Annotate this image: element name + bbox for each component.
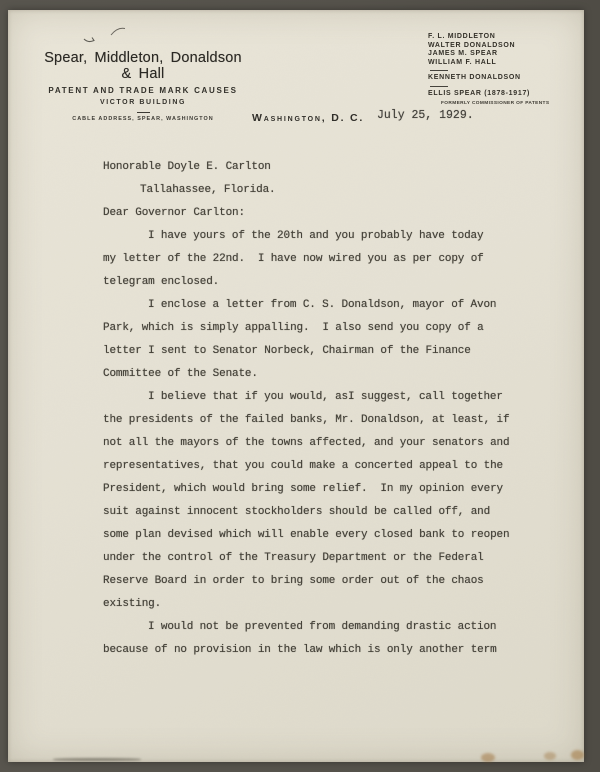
letter-line: letter I sent to Senator Norbeck, Chairm… bbox=[103, 340, 543, 363]
stain bbox=[481, 753, 495, 762]
letter-line: because of no provision in the law which… bbox=[103, 639, 543, 662]
letter-page: Spear, Middleton, Donaldson & Hall PATEN… bbox=[8, 10, 584, 762]
city-line: Washington, D. C. bbox=[252, 112, 364, 124]
letter-line: I believe that if you would, asI suggest… bbox=[103, 386, 543, 409]
stain bbox=[571, 750, 584, 760]
letter-line: Park, which is simply appalling. I also … bbox=[103, 317, 543, 340]
letter-line: Dear Governor Carlton: bbox=[103, 202, 543, 225]
letter-line: the presidents of the failed banks, Mr. … bbox=[103, 409, 543, 432]
letter-line: Committee of the Senate. bbox=[103, 363, 543, 386]
letter-line: I enclose a letter from C. S. Donaldson,… bbox=[103, 294, 543, 317]
letter-line: President, which would bring some relief… bbox=[103, 478, 543, 501]
letter-line: not all the mayors of the towns affected… bbox=[103, 432, 543, 455]
firm-name: Spear, Middleton, Donaldson & Hall bbox=[36, 50, 250, 82]
letter-line: telegram enclosed. bbox=[103, 271, 543, 294]
partner-name: WILLIAM F. HALL bbox=[428, 59, 578, 68]
letter-line: Tallahassee, Florida. bbox=[103, 179, 543, 202]
letter-line: I have yours of the 20th and you probabl… bbox=[103, 225, 543, 248]
divider bbox=[430, 70, 448, 71]
associate-name: KENNETH DONALDSON bbox=[428, 74, 578, 83]
letter-line: Honorable Doyle E. Carlton bbox=[103, 156, 543, 179]
letterhead-right: F. L. MIDDLETONWALTER DONALDSONJAMES M. … bbox=[428, 33, 578, 109]
firm-building: VICTOR BUILDING bbox=[36, 99, 250, 106]
memorial-note: FORMERLY COMMISSIONER OF PATENTS bbox=[441, 100, 523, 105]
letter-body: Honorable Doyle E. CarltonTallahassee, F… bbox=[103, 156, 543, 662]
date-line: July 25, 1929. bbox=[377, 109, 474, 122]
memorial-name: ELLIS SPEAR (1878-1917) bbox=[428, 90, 578, 99]
partner-name: F. L. MIDDLETON bbox=[428, 33, 578, 42]
stain bbox=[53, 758, 141, 761]
letter-line: Reserve Board in order to bring some ord… bbox=[103, 570, 543, 593]
letter-line: my letter of the 22nd. I have now wired … bbox=[103, 248, 543, 271]
letter-line: under the control of the Treasury Depart… bbox=[103, 547, 543, 570]
partner-name: WALTER DONALDSON bbox=[428, 42, 578, 51]
divider bbox=[137, 112, 150, 113]
letter-line: existing. bbox=[103, 593, 543, 616]
letter-line: representatives, that you could make a c… bbox=[103, 455, 543, 478]
divider bbox=[430, 86, 448, 87]
cable-address: CABLE ADDRESS, SPEAR, WASHINGTON bbox=[70, 115, 216, 121]
letter-line: I would not be prevented from demanding … bbox=[103, 616, 543, 639]
letter-line: some plan devised which will enable ever… bbox=[103, 524, 543, 547]
partner-list: F. L. MIDDLETONWALTER DONALDSONJAMES M. … bbox=[428, 33, 578, 67]
stain bbox=[544, 752, 556, 760]
letterhead-left: Spear, Middleton, Donaldson & Hall PATEN… bbox=[36, 50, 250, 124]
letter-line: suit against innocent stockholders shoul… bbox=[103, 501, 543, 524]
partner-name: JAMES M. SPEAR bbox=[428, 50, 578, 59]
firm-tagline: PATENT AND TRADE MARK CAUSES bbox=[36, 86, 250, 95]
